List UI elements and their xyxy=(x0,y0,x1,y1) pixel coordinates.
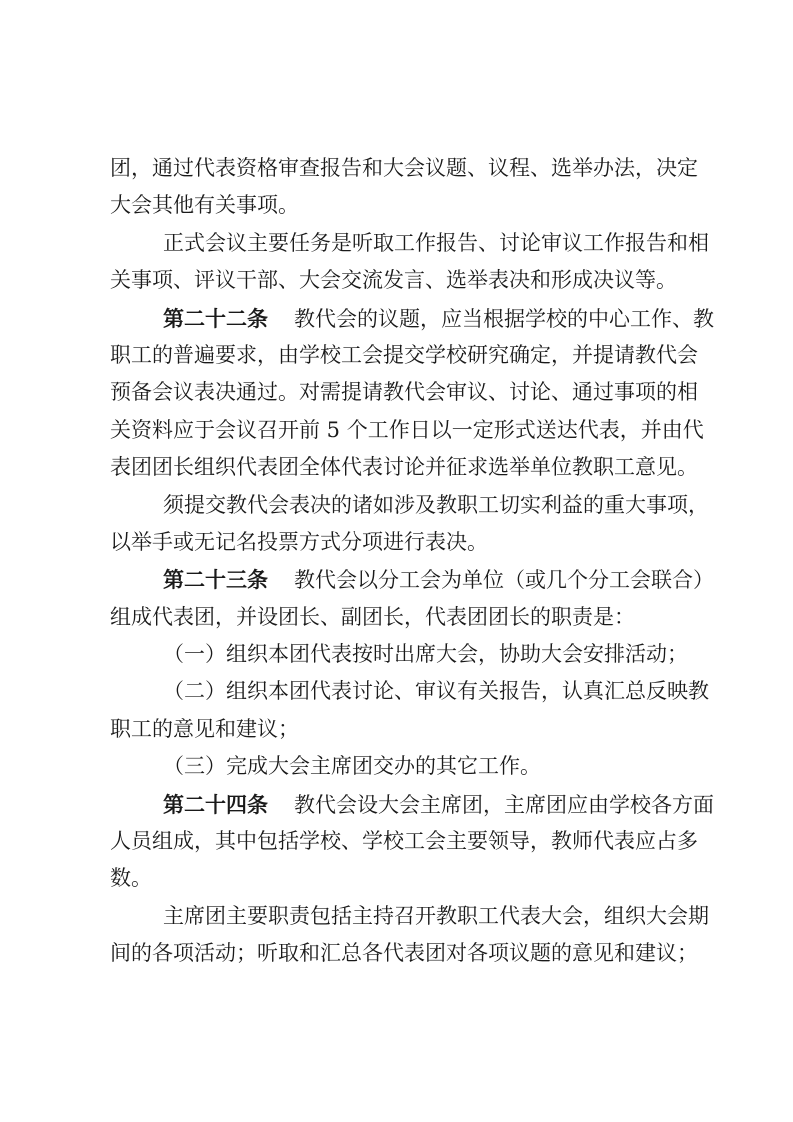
text-line-21: 主席团主要职责包括主持召开教职工代表大会，组织大会期 xyxy=(110,898,694,935)
list-item-3: （三）完成大会主席团交办的其它工作。 xyxy=(110,748,694,785)
article-24-line: 第二十四条教代会设大会主席团，主席团应由学校各方面 xyxy=(110,786,694,823)
text-line-22: 间的各项活动；听取和汇总各代表团对各项议题的意见和建议； xyxy=(110,935,694,972)
text-line-7: 预备会议表决通过。对需提请教代会审议、讨论、通过事项的相 xyxy=(110,374,694,411)
text-line-9: 表团团长组织代表团全体代表讨论并征求选举单位教职工意见。 xyxy=(110,449,694,486)
text-line-1: 团，通过代表资格审查报告和大会议题、议程、选举办法，决定 xyxy=(110,150,694,187)
text-line-3: 正式会议主要任务是听取工作报告、讨论审议工作报告和相 xyxy=(110,225,694,262)
article-24-heading: 第二十四条 xyxy=(163,792,268,817)
article-22-heading: 第二十二条 xyxy=(163,306,268,331)
text-line-2: 大会其他有关事项。 xyxy=(110,187,694,224)
article-23-text: 教代会以分工会为单位（或几个分工会联合） xyxy=(294,568,714,592)
article-24-text: 教代会设大会主席团，主席团应由学校各方面 xyxy=(294,793,714,817)
text-line-4: 关事项、评议干部、大会交流发言、选举表决和形成决议等。 xyxy=(110,262,694,299)
document-page: 团，通过代表资格审查报告和大会议题、议程、选举办法，决定 大会其他有关事项。 正… xyxy=(110,150,694,973)
text-line-10: 须提交教代会表决的诸如涉及教职工切实利益的重大事项， xyxy=(110,487,694,524)
list-item-1: （一）组织本团代表按时出席大会，协助大会安排活动； xyxy=(110,636,694,673)
text-line-6: 职工的普遍要求，由学校工会提交学校研究确定，并提请教代会 xyxy=(110,337,694,374)
text-line-19: 人员组成，其中包括学校、学校工会主要领导，教师代表应占多 xyxy=(110,823,694,860)
article-23-heading: 第二十三条 xyxy=(163,567,268,592)
article-22-text: 教代会的议题，应当根据学校的中心工作、教 xyxy=(294,307,714,331)
list-item-2: （二）组织本团代表讨论、审议有关报告，认真汇总反映教 xyxy=(110,673,694,710)
text-line-20: 数。 xyxy=(110,860,694,897)
article-22-line: 第二十二条教代会的议题，应当根据学校的中心工作、教 xyxy=(110,300,694,337)
text-line-11: 以举手或无记名投票方式分项进行表决。 xyxy=(110,524,694,561)
text-line-8: 关资料应于会议召开前 5 个工作日以一定形式送达代表，并由代 xyxy=(110,412,694,449)
text-line-13: 组成代表团，并设团长、副团长，代表团团长的职责是： xyxy=(110,599,694,636)
article-23-line: 第二十三条教代会以分工会为单位（或几个分工会联合） xyxy=(110,561,694,598)
list-item-2-cont: 职工的意见和建议； xyxy=(110,711,694,748)
